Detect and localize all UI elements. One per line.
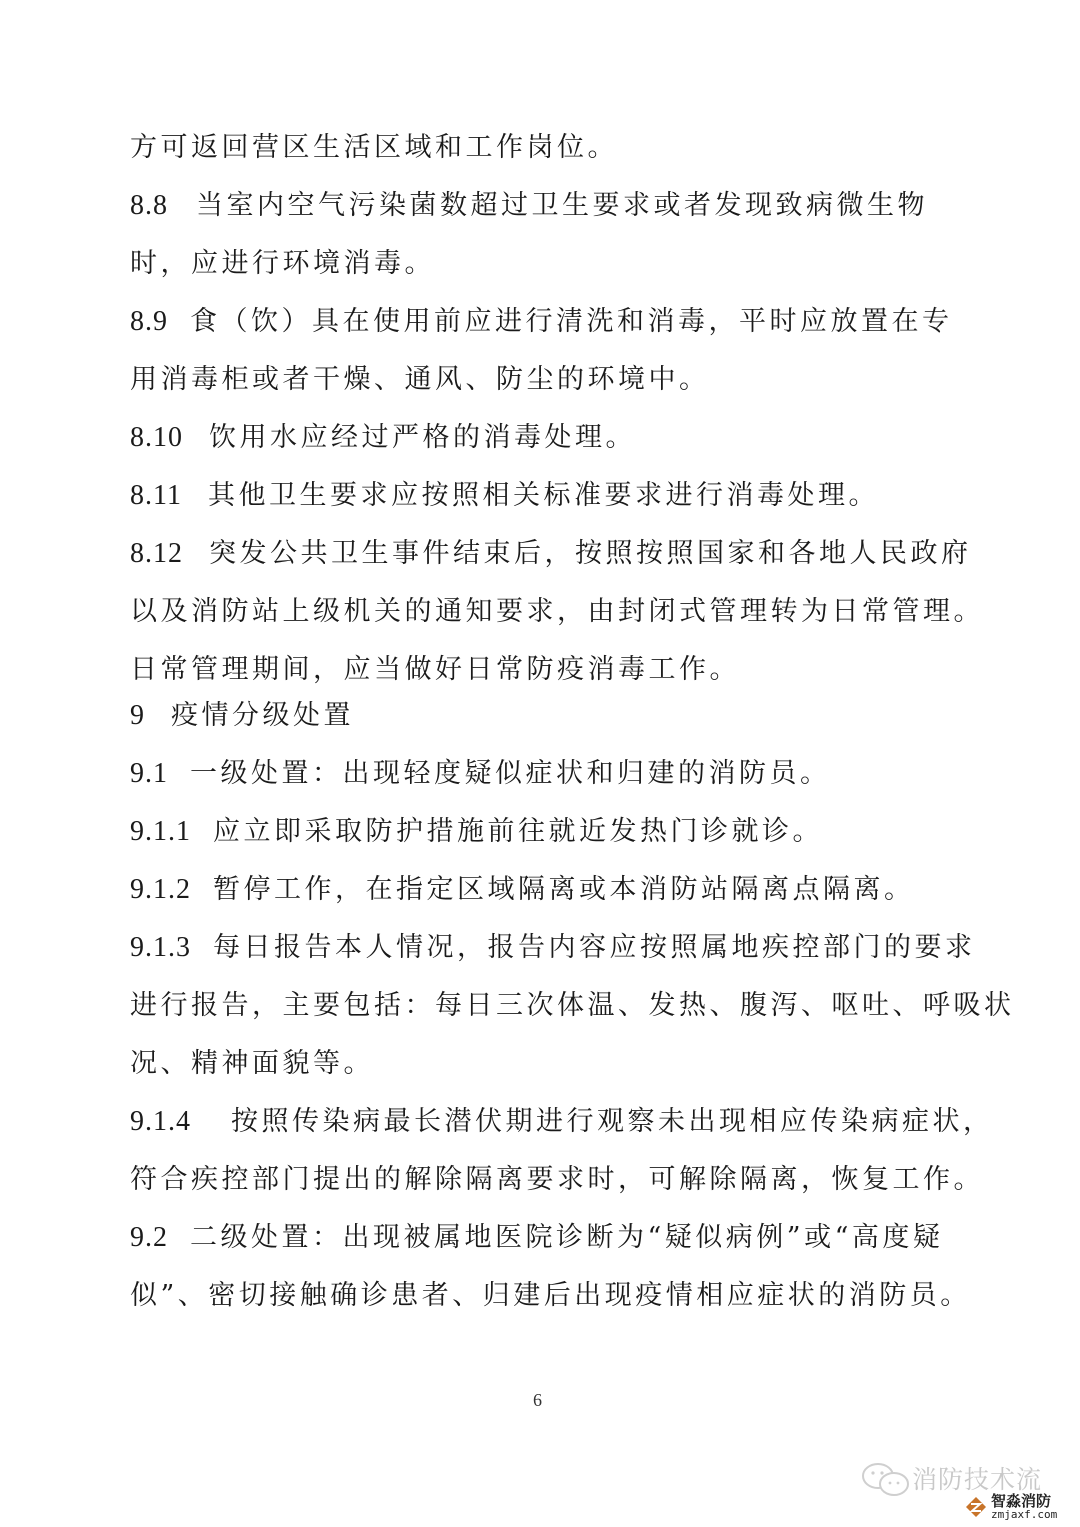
line-text: 时，应进行环境消毒。 xyxy=(130,248,435,279)
clause-number: 8.11 xyxy=(130,480,182,512)
line-text: 用消毒柜或者干燥、通风、防尘的环境中。 xyxy=(130,364,710,395)
document-page: 方可返回营区生活区域和工作岗位。 8.8当室内空气污染菌数超过卫生要求或者发现致… xyxy=(0,0,1080,1527)
text-line: 方可返回营区生活区域和工作岗位。 xyxy=(130,132,618,164)
clause-9-1-1: 9.1.1应立即采取防护措施前往就近发热门诊就诊。 xyxy=(130,816,823,848)
line-text: 进行报告，主要包括：每日三次体温、发热、腹泻、呕吐、呼吸状 xyxy=(130,990,1015,1021)
clause-8-8: 8.8当室内空气污染菌数超过卫生要求或者发现致病微生物 xyxy=(130,190,928,222)
clause-9-2: 9.2二级处置：出现被属地医院诊断为“疑似病例”或“高度疑 xyxy=(130,1222,943,1254)
line-text: 突发公共卫生事件结束后，按照按照国家和各地人民政府 xyxy=(209,538,972,569)
line-text: 当室内空气污染菌数超过卫生要求或者发现致病微生物 xyxy=(196,190,928,221)
clause-8-11: 8.11其他卫生要求应按照相关标准要求进行消毒处理。 xyxy=(130,480,879,512)
line-text: 应立即采取防护措施前往就近发热门诊就诊。 xyxy=(213,816,823,847)
clause-number: 9.1.4 xyxy=(130,1106,191,1138)
clause-number: 9.1.3 xyxy=(130,932,191,964)
page-number: 6 xyxy=(533,1390,542,1411)
clause-9-1: 9.1一级处置：出现轻度疑似症状和归建的消防员。 xyxy=(130,758,831,790)
text-line: 似”、密切接触确诊患者、归建后出现疫情相应症状的消防员。 xyxy=(130,1280,971,1312)
clause-9-1-4: 9.1.4按照传染病最长潜伏期进行观察未出现相应传染病症状， xyxy=(130,1106,994,1138)
text-line: 时，应进行环境消毒。 xyxy=(130,248,435,280)
line-text: 食（饮）具在使用前应进行清洗和消毒，平时应放置在专 xyxy=(190,306,953,337)
clause-number: 9.2 xyxy=(130,1222,168,1254)
line-text: 况、精神面貌等。 xyxy=(130,1048,374,1079)
text-line: 用消毒柜或者干燥、通风、防尘的环境中。 xyxy=(130,364,710,396)
line-text: 似”、密切接触确诊患者、归建后出现疫情相应症状的消防员。 xyxy=(130,1280,971,1311)
line-text: 其他卫生要求应按照相关标准要求进行消毒处理。 xyxy=(208,480,879,511)
text-line: 以及消防站上级机关的通知要求，由封闭式管理转为日常管理。 xyxy=(130,596,984,628)
section-number: 9 xyxy=(130,700,145,732)
line-text: 按照传染病最长潜伏期进行观察未出现相应传染病症状， xyxy=(231,1106,994,1137)
clause-8-9: 8.9食（饮）具在使用前应进行清洗和消毒，平时应放置在专 xyxy=(130,306,953,338)
clause-9-1-3: 9.1.3每日报告本人情况，报告内容应按照属地疾控部门的要求 xyxy=(130,932,976,964)
text-line: 日常管理期间，应当做好日常防疫消毒工作。 xyxy=(130,654,740,686)
line-text: 饮用水应经过严格的消毒处理。 xyxy=(209,422,636,453)
line-text: 暂停工作，在指定区域隔离或本消防站隔离点隔离。 xyxy=(213,874,915,905)
text-line: 符合疾控部门提出的解除隔离要求时，可解除隔离，恢复工作。 xyxy=(130,1164,984,1196)
line-text: 以及消防站上级机关的通知要求，由封闭式管理转为日常管理。 xyxy=(130,596,984,627)
clause-number: 8.9 xyxy=(130,306,168,338)
section-title: 疫情分级处置 xyxy=(171,700,354,731)
line-text: 每日报告本人情况，报告内容应按照属地疾控部门的要求 xyxy=(213,932,976,963)
clause-number: 8.10 xyxy=(130,422,183,454)
clause-number: 8.12 xyxy=(130,538,183,570)
clause-number: 9.1.1 xyxy=(130,816,191,848)
clause-8-10: 8.10饮用水应经过严格的消毒处理。 xyxy=(130,422,636,454)
clause-number: 9.1.2 xyxy=(130,874,191,906)
text-line: 况、精神面貌等。 xyxy=(130,1048,374,1080)
clause-number: 8.8 xyxy=(130,190,168,222)
line-text: 一级处置：出现轻度疑似症状和归建的消防员。 xyxy=(190,758,831,789)
line-text: 二级处置：出现被属地医院诊断为“疑似病例”或“高度疑 xyxy=(190,1222,943,1253)
brand-watermark: 智淼消防 zmjaxf.com xyxy=(965,1492,1075,1524)
line-text: 方可返回营区生活区域和工作岗位。 xyxy=(130,132,618,163)
line-text: 日常管理期间，应当做好日常防疫消毒工作。 xyxy=(130,654,740,685)
line-text: 符合疾控部门提出的解除隔离要求时，可解除隔离，恢复工作。 xyxy=(130,1164,984,1195)
section-9-heading: 9疫情分级处置 xyxy=(130,700,354,732)
wechat-icon xyxy=(860,1462,914,1498)
clause-9-1-2: 9.1.2暂停工作，在指定区域隔离或本消防站隔离点隔离。 xyxy=(130,874,915,906)
text-line: 进行报告，主要包括：每日三次体温、发热、腹泻、呕吐、呼吸状 xyxy=(130,990,1015,1022)
zhimiao-logo-icon xyxy=(965,1496,987,1518)
brand-url: zmjaxf.com xyxy=(991,1508,1057,1521)
clause-number: 9.1 xyxy=(130,758,168,790)
clause-8-12: 8.12突发公共卫生事件结束后，按照按照国家和各地人民政府 xyxy=(130,538,972,570)
